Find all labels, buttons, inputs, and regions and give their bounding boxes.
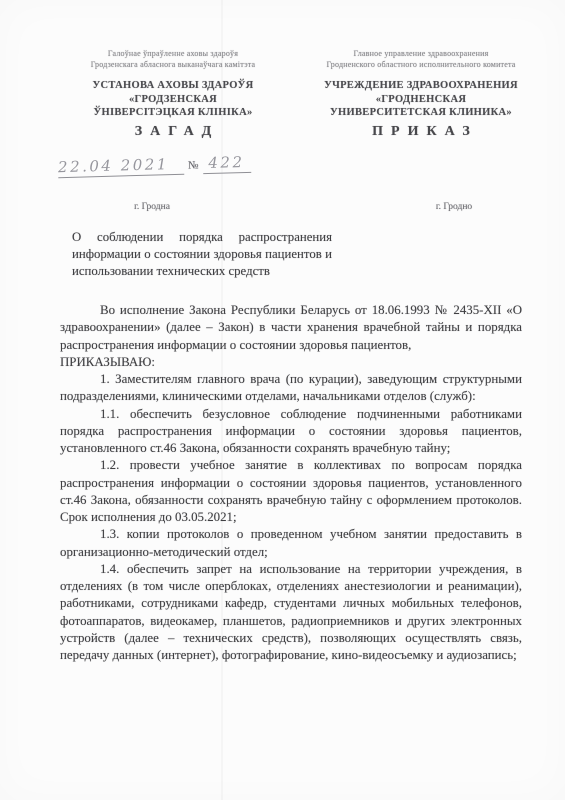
scanned-order-document: Галоўнае ўпраўленне аховы здароўя Гродзе…	[0, 0, 565, 800]
order-item-1: 1. Заместителям главного врача (по курац…	[60, 371, 522, 406]
organization-name-line: УСТАНОВА АХОВЫ ЗДАРОЎЯ	[64, 79, 282, 93]
order-subject: О соблюдении порядка распространения инф…	[72, 229, 332, 279]
order-keyword: ПРИКАЗЫВАЮ:	[60, 354, 522, 371]
document-number-sign: №	[188, 159, 199, 171]
order-item-1-3: 1.3. копии протоколов о проведенном учеб…	[60, 526, 522, 561]
order-item-1-1: 1.1. обеспечить безусловное соблюдение п…	[60, 406, 522, 458]
organization-name-line: УНИВЕРСИТЕТСКАЯ КЛИНИКА»	[308, 106, 534, 120]
organization-name-line: УЧРЕЖДЕНИЕ ЗДРАВООХРАНЕНИЯ	[308, 79, 534, 93]
department-name-line: Главное управление здравоохранения	[308, 48, 534, 59]
organization-name-line: ЎНІВЕРСІТЭЦКАЯ КЛІНІКА»	[64, 106, 282, 120]
document-type-label: ПРИКАЗ	[308, 124, 534, 140]
department-name-line: Гродзенскага абласнога выканаўчага каміт…	[64, 59, 282, 70]
handwritten-number: 422	[202, 153, 251, 174]
issuer-block-belarusian: Галоўнае ўпраўленне аховы здароўя Гродзе…	[64, 48, 282, 140]
organization-name-line: «ГРОДНЕНСКАЯ	[308, 93, 534, 107]
order-item-1-2: 1.2. провести учебное занятие в коллекти…	[60, 457, 522, 526]
handwritten-date: 22.04 2021	[58, 155, 185, 179]
department-name-line: Гродненского областного исполнительного …	[308, 59, 534, 70]
issuer-block-russian: Главное управление здравоохранения Гродн…	[308, 48, 534, 140]
order-body: Во исполнение Закона Республики Беларусь…	[60, 302, 522, 664]
date-number-line: 22.04 2021№422	[58, 152, 288, 178]
document-type-label: ЗАГАД	[64, 124, 282, 140]
order-item-1-4: 1.4. обеспечить запрет на использование …	[60, 561, 522, 665]
organization-name-line: «ГРОДЗЕНСКАЯ	[64, 93, 282, 107]
city-label-left: г. Гродна	[92, 202, 212, 212]
city-label-right: г. Гродно	[394, 202, 514, 212]
opening-paragraph: Во исполнение Закона Республики Беларусь…	[60, 302, 522, 354]
department-name-line: Галоўнае ўпраўленне аховы здароўя	[64, 48, 282, 59]
